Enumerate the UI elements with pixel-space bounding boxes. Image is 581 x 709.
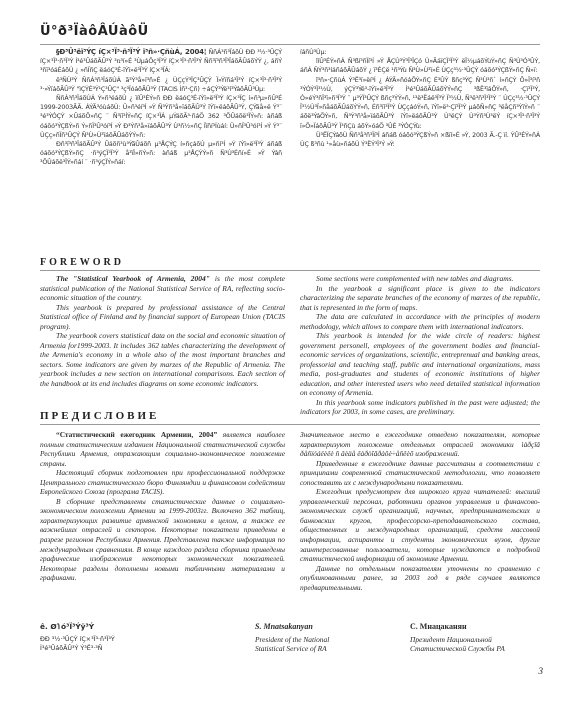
- predislovie-left-column: “Статистический ежегодник Армении, 2004”…: [40, 430, 285, 583]
- armenian-paragraph: §Ð³Û³ëï³ÝÇ íÇ×³Ï³·ñ³Ï³Ý ï³ñ»·ÇñùÁ, 2004¦…: [40, 48, 282, 76]
- signature-role: Statistical Service of RA: [255, 644, 395, 654]
- foreword-left-column: The "Statistical Yearbook of Armenia, 20…: [40, 274, 285, 388]
- predislovie-paragraph: Данные по отдельным показателям уточнены…: [300, 564, 540, 593]
- signature-role: ÐÐ ³½·³ÛÇÝ íÇ×³Ï³·ñ³Ï³Ý: [40, 635, 200, 645]
- armenian-right-column: íáñÙ³Ùµ: îíÛ³ÉÝ»ñÁ Ñ³ßí³ñÏí³Í »Ý ÅÇÙ³Ý³Ï…: [300, 48, 540, 149]
- foreword-title: FOREWORD: [40, 257, 124, 268]
- signature-role: Президент Национальной: [410, 635, 550, 645]
- foreword-paragraph: This yearbook is intended for the wide c…: [300, 331, 540, 398]
- predislovie-paragraph: В сборнике представлены статистические д…: [40, 497, 285, 583]
- armenian-paragraph: Ü³ËÏÇÝáõÙ Ññ³å³ñ³Ïí³Í áñáß óáõó³ÝÇßÝ»ñ ×…: [300, 131, 540, 149]
- signature-role: Í³é³ÛáõÃÛ³Ý Ý³Ë³·³Ñ: [40, 644, 200, 654]
- signature-name: С. Мнацаканян: [410, 622, 550, 632]
- page-number: 3: [539, 666, 544, 676]
- predislovie-title: ПРЕДИСЛОВИЕ: [40, 410, 159, 422]
- signature-armenian: ê. Øݳó³Ï³Ýÿ³Ý ÐÐ ³½·³ÛÇÝ íÇ×³Ï³·ñ³Ï³Ý Í³…: [40, 622, 200, 654]
- armenian-paragraph: ÑñÁ³ñ³ÏáõÙÁ Ý»ñ³éáõÙ ¿ ïíÛ³ÉÝ»ñ ÐÐ ëáóÇ³…: [40, 94, 282, 140]
- armenian-paragraph: Ðñ³ï³ñ³ÏáõÃÛ³Ý Ûáõñ³ù³ÝãÛáõñ µ³ÅÇÝÇ í»ñç…: [40, 140, 282, 168]
- foreword-paragraph: This yearbook is prepared by professiona…: [40, 303, 285, 332]
- predislovie-paragraph: Настоящий сборник подготовлен при профес…: [40, 468, 285, 497]
- armenian-paragraph: ê³ÑÙ³Ý ÑñÁ³ñ³ÏáõÙÁ ã³Ý³å»ï³ñ»É ¿ ÙÇçÝ³ÏÇ…: [40, 76, 282, 94]
- predislovie-paragraph: “Статистический ежегодник Армении, 2004”…: [40, 430, 285, 468]
- foreword-paragraph: The data are calculated in accordance wi…: [300, 312, 540, 331]
- predislovie-paragraph: Ежегодник предусмотрен для широкого круг…: [300, 487, 540, 563]
- signature-russian: С. Мнацаканян Президент Национальной Ста…: [410, 622, 550, 654]
- foreword-paragraph: In this yearbook some indicators publish…: [300, 398, 540, 417]
- predislovie-right-column: Значительное место в ежегоднике отведено…: [300, 430, 540, 592]
- armenian-paragraph: î³ñ»·ÇñùÁ Ý³Ë³ï»ëí³Í ¿ ÁÝÃ»ñóáÕÝ»ñÇ É³ÛÝ…: [300, 76, 540, 131]
- armenian-paragraph: íáñÙ³Ùµ:: [300, 48, 540, 57]
- foreword-paragraph: Some sections were complemented with new…: [300, 274, 540, 284]
- foreword-paragraph: In the yearbook a significant place is g…: [300, 284, 540, 313]
- signature-role: President of the National: [255, 635, 395, 645]
- predislovie-paragraph: Приведенные в ежегоднике данные рассчита…: [300, 459, 540, 488]
- armenian-title-rule: [40, 44, 540, 45]
- foreword-paragraph: The yearbook covers statistical data on …: [40, 331, 285, 388]
- document-page: Ü°ð³ÏàôÂÚàôÜ §Ð³Û³ëï³ÝÇ íÇ×³Ï³·ñ³Ï³Ý ï³ñ…: [0, 0, 581, 709]
- signature-english: S. Mnatsakanyan President of the Nationa…: [255, 622, 395, 654]
- signature-name: S. Mnatsakanyan: [255, 622, 395, 632]
- armenian-section-title: Ü°ð³ÏàôÂÚàôÜ: [40, 24, 149, 39]
- foreword-paragraph: The "Statistical Yearbook of Armenia, 20…: [40, 274, 285, 303]
- signature-name: ê. Øݳó³Ï³Ýÿ³Ý: [40, 622, 200, 632]
- foreword-title-rule: [40, 270, 540, 271]
- predislovie-paragraph: Значительное место в ежегоднике отведено…: [300, 430, 540, 459]
- armenian-paragraph: îíÛ³ÉÝ»ñÁ Ñ³ßí³ñÏí³Í »Ý ÅÇÙ³Ý³Ï³ÏÇó Ù»Ãá…: [300, 57, 540, 75]
- foreword-right-column: Some sections were complemented with new…: [300, 274, 540, 417]
- signature-role: Статистической Службы РА: [410, 644, 550, 654]
- armenian-left-column: §Ð³Û³ëï³ÝÇ íÇ×³Ï³·ñ³Ï³Ý ï³ñ»·ÇñùÁ, 2004¦…: [40, 48, 282, 168]
- predislovie-title-rule: [40, 424, 540, 425]
